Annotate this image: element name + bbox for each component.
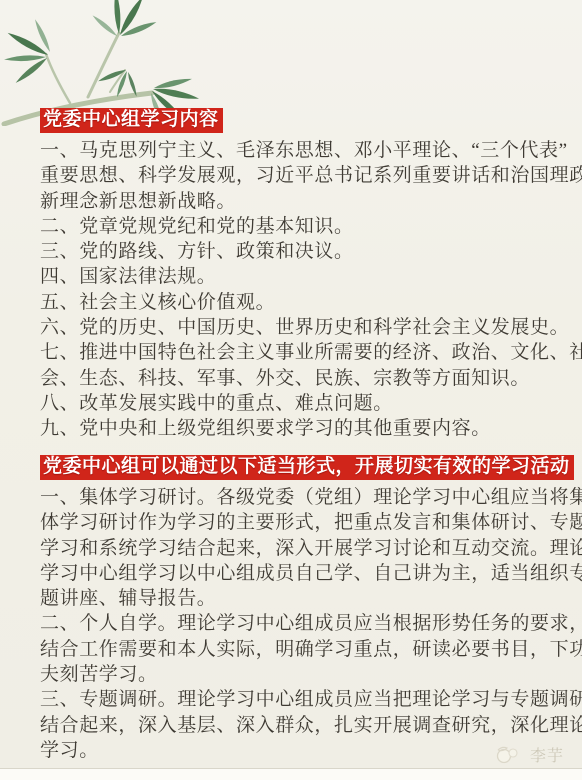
text-line: 七、推进中国特色社会主义事业所需要的经济、政治、文化、社 [40, 340, 552, 365]
section-body: 一、马克思列宁主义、毛泽东思想、邓小平理论、“三个代表”重要思想、科学发展观，习… [40, 138, 552, 442]
section-study-content: 党委中心组学习内容 一、马克思列宁主义、毛泽东思想、邓小平理论、“三个代表”重要… [40, 108, 552, 442]
text-line: 学习和系统学习结合起来，深入开展学习讨论和互动交流。理论 [40, 536, 552, 561]
text-line: 题讲座、辅导报告。 [40, 586, 552, 611]
text-line: 二、个人自学。理论学习中心组成员应当根据形势任务的要求， [40, 611, 552, 636]
leaf-badge-icon [495, 746, 525, 764]
text-line: 新理念新思想新战略。 [40, 189, 552, 214]
text-line: 结合起来，深入基层、深入群众，扎实开展调查研究，深化理论 [40, 713, 552, 738]
watermark: 李芋 [495, 743, 564, 766]
text-line: 重要思想、科学发展观，习近平总书记系列重要讲话和治国理政 [40, 163, 552, 188]
watermark-text: 李芋 [530, 743, 564, 766]
text-line: 八、改革发展实践中的重点、难点问题。 [40, 391, 552, 416]
leaf-cluster-left [4, 18, 52, 85]
text-line: 九、党中央和上级党组织要求学习的其他重要内容。 [40, 416, 552, 441]
text-line: 结合工作需要和本人实际，明确学习重点，研读必要书目，下功 [40, 637, 552, 662]
text-line: 学习。 [40, 738, 552, 763]
section-heading: 党委中心组学习内容 [40, 108, 223, 133]
text-line: 三、党的路线、方针、政策和决议。 [40, 239, 552, 264]
text-line: 三、专题调研。理论学习中心组成员应当把理论学习与专题调研 [40, 687, 552, 712]
text-line: 学习中心组学习以中心组成员自己学、自己讲为主，适当组织专 [40, 561, 552, 586]
text-line: 夫刻苦学习。 [40, 662, 552, 687]
leaf-cluster-middle [97, 68, 138, 97]
text-line: 一、集体学习研讨。各级党委（党组）理论学习中心组应当将集 [40, 485, 552, 510]
page-bottom-strip [0, 768, 582, 780]
text-line: 体学习研讨作为学习的主要形式，把重点发言和集体研讨、专题 [40, 510, 552, 535]
section-body: 一、集体学习研讨。各级党委（党组）理论学习中心组应当将集体学习研讨作为学习的主要… [40, 485, 552, 763]
text-line: 二、党章党规党纪和党的基本知识。 [40, 214, 552, 239]
text-line: 六、党的历史、中国历史、世界历史和科学社会主义发展史。 [40, 315, 552, 340]
leaf-cluster-top [91, 0, 157, 38]
article-page: 党委中心组学习内容 一、马克思列宁主义、毛泽东思想、邓小平理论、“三个代表”重要… [0, 0, 582, 780]
text-line: 会、生态、科技、军事、外交、民族、宗教等方面知识。 [40, 366, 552, 391]
section-heading: 党委中心组可以通过以下适当形式，开展切实有效的学习活动 [40, 455, 574, 480]
text-line: 五、社会主义核心价值观。 [40, 290, 552, 315]
section-study-forms: 党委中心组可以通过以下适当形式，开展切实有效的学习活动 一、集体学习研讨。各级党… [40, 455, 552, 763]
text-line: 一、马克思列宁主义、毛泽东思想、邓小平理论、“三个代表” [40, 138, 552, 163]
text-line: 四、国家法律法规。 [40, 264, 552, 289]
